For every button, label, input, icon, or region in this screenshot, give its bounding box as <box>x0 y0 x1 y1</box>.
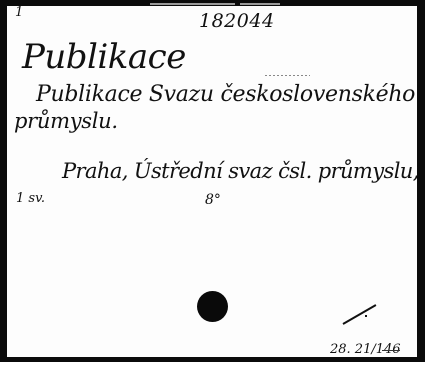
subject-heading: Publikace <box>22 40 186 74</box>
corner-number: 1 <box>15 6 23 19</box>
scan-noise <box>240 3 280 5</box>
scan-noise <box>265 75 310 76</box>
card-border-left <box>0 0 7 362</box>
format-size: 8° <box>205 193 221 207</box>
card-border-bottom <box>0 357 418 362</box>
title-line-1: Publikace Svazu československého <box>36 84 415 106</box>
title-line-2: průmyslu. <box>14 111 118 132</box>
scan-noise <box>150 3 235 5</box>
check-mark-icon <box>343 304 377 325</box>
catalog-card: 1 182044 Publikace Publikace Svazu česko… <box>0 0 425 362</box>
volume-count: 1 sv. <box>16 192 45 205</box>
check-dot-icon <box>365 315 367 317</box>
punch-hole-icon <box>197 291 228 322</box>
shelf-mark-overline <box>382 350 400 351</box>
imprint-statement: Praha, Ústřední svaz čsl. průmyslu, 194?… <box>62 161 425 182</box>
accession-number: 182044 <box>199 12 275 31</box>
